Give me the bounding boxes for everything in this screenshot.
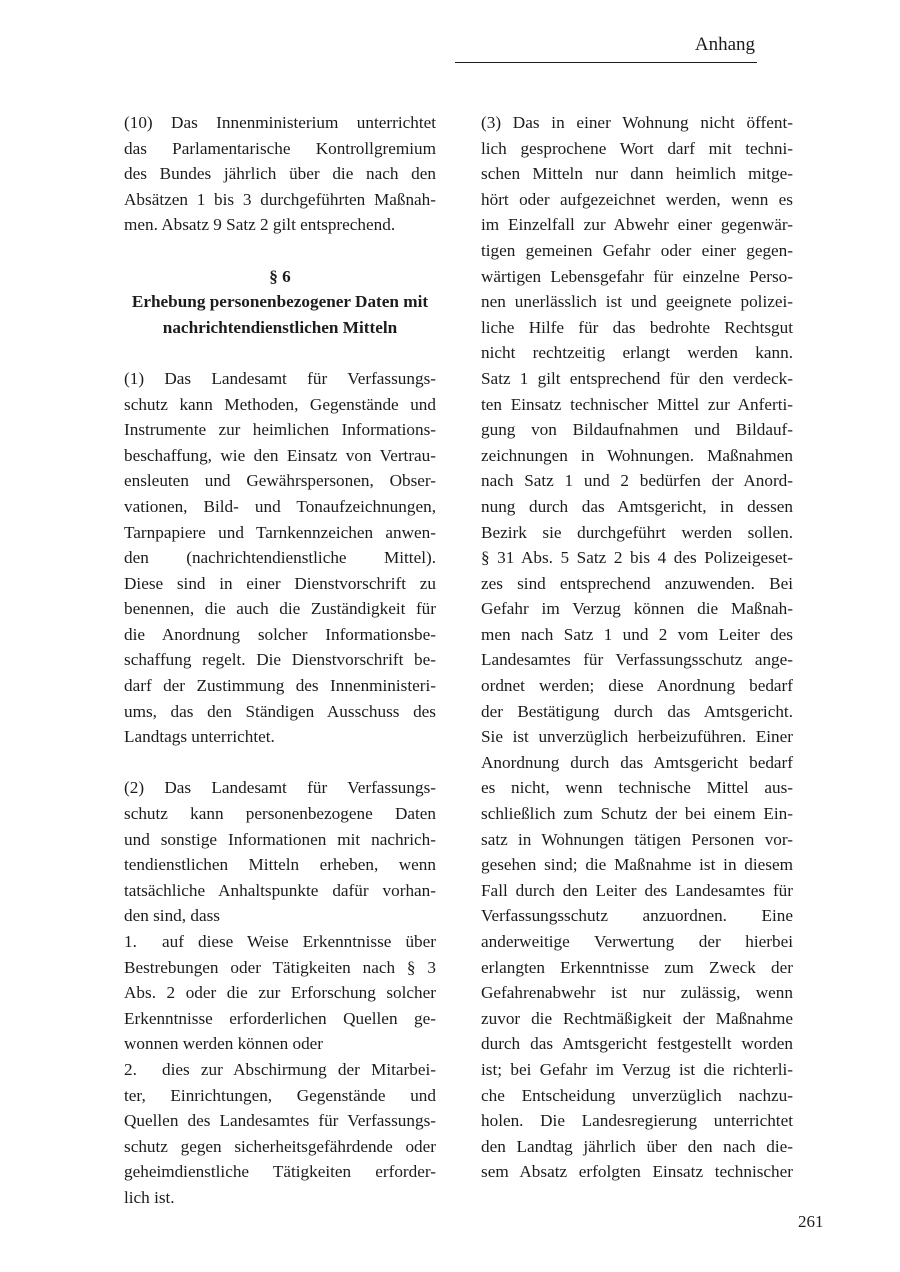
paragraph-2: (2) Das Landesamt für Verfassungs- schut… bbox=[124, 775, 436, 1210]
text-line: beschaffung, wie den Einsatz von Vertrau… bbox=[124, 443, 436, 469]
text-line: Landesamtes für Verfassungsschutz ange- bbox=[481, 647, 793, 673]
text-line: es nicht, wenn technische Mittel aus- bbox=[481, 775, 793, 801]
text-line: dies zur Abschirmung der Mitarbei- bbox=[162, 1060, 436, 1079]
text-line: des Bundes jährlich über die nach den bbox=[124, 161, 436, 187]
text-line: das Parlamentarische Kontrollgremium bbox=[124, 136, 436, 162]
section-title-line: Erhebung personenbezogener Daten mit bbox=[124, 289, 436, 315]
text-line: Gefahr im Verzug können die Maßnah- bbox=[481, 596, 793, 622]
text-line: zeichnungen in Wohnungen. Maßnahmen bbox=[481, 443, 793, 469]
text-line: sem Absatz erfolgten Einsatz technischer bbox=[481, 1159, 793, 1185]
text-line: Diese sind in einer Dienstvorschrift zu bbox=[124, 571, 436, 597]
text-line: nen unerlässlich ist und geeignete poliz… bbox=[481, 289, 793, 315]
text-line: Quellen des Landesamtes für Verfassungs- bbox=[124, 1108, 436, 1134]
text-line: schließlich zum Schutz der bei einem Ein… bbox=[481, 801, 793, 827]
text-line: den Landtag jährlich über den nach die- bbox=[481, 1134, 793, 1160]
text-line: hört oder aufgezeichnet werden, wenn es bbox=[481, 187, 793, 213]
text-line: Abs. 2 oder die zur Erforschung solcher bbox=[124, 980, 436, 1006]
text-line: (3) Das in einer Wohnung nicht öffent- bbox=[481, 110, 793, 136]
running-header: Anhang bbox=[455, 32, 757, 63]
text-line: Landtags unterrichtet. bbox=[124, 724, 436, 750]
page-number: 261 bbox=[798, 1212, 824, 1232]
text-line: und sonstige Informationen mit nachrich- bbox=[124, 827, 436, 853]
text-line: lich gesprochene Wort darf mit techni- bbox=[481, 136, 793, 162]
section-title-line: nachrichtendienstlichen Mitteln bbox=[124, 315, 436, 341]
text-line: (10) Das Innenministerium unterrichtet bbox=[124, 110, 436, 136]
text-line: ist; bei Gefahr im Verzug ist die richte… bbox=[481, 1057, 793, 1083]
text-line: Satz 1 gilt entsprechend für den verdeck… bbox=[481, 366, 793, 392]
text-line: men nach Satz 1 und 2 vom Leiter des bbox=[481, 622, 793, 648]
text-line: tendienstlichen Mitteln erheben, wenn bbox=[124, 852, 436, 878]
text-line: che Entscheidung unverzüglich nachzu- bbox=[481, 1083, 793, 1109]
text-line: Fall durch den Leiter des Landesamtes fü… bbox=[481, 878, 793, 904]
text-line: Verfassungsschutz anzuordnen. Eine bbox=[481, 903, 793, 929]
text-line: Anordnung durch das Amtsgericht bedarf bbox=[481, 750, 793, 776]
text-line: den (nachrichtendienstliche Mittel). bbox=[124, 545, 436, 571]
list-number: 1. bbox=[124, 929, 162, 955]
paragraph-10: (10) Das Innenministerium unterrichtet d… bbox=[124, 110, 436, 238]
text-line: ordnet werden; diese Anordnung bedarf bbox=[481, 673, 793, 699]
text-line: tigen gemeinen Gefahr oder einer gegen- bbox=[481, 238, 793, 264]
text-line: auf diese Weise Erkenntnisse über bbox=[162, 932, 436, 951]
text-line: wonnen werden können oder bbox=[124, 1031, 436, 1057]
text-line: Instrumente zur heimlichen Informations- bbox=[124, 417, 436, 443]
text-line: schen Mitteln nur dann heimlich mitge- bbox=[481, 161, 793, 187]
paragraph-3: (3) Das in einer Wohnung nicht öffent-li… bbox=[481, 110, 793, 1185]
text-line: nung durch das Amtsgericht, in dessen bbox=[481, 494, 793, 520]
text-line: die Anordnung solcher Informationsbe- bbox=[124, 622, 436, 648]
text-line: (2) Das Landesamt für Verfassungs- bbox=[124, 775, 436, 801]
text-line: darf der Zustimmung des Innenministeri- bbox=[124, 673, 436, 699]
section-number: § 6 bbox=[124, 264, 436, 290]
text-line: nicht rechtzeitig erlangt werden kann. bbox=[481, 340, 793, 366]
text-line: satz in Wohnungen tätigen Personen vor- bbox=[481, 827, 793, 853]
text-line: schutz kann Methoden, Gegenstände und bbox=[124, 392, 436, 418]
text-line: Gefahrenabwehr ist nur zulässig, wenn bbox=[481, 980, 793, 1006]
text-line: Bezirk sie durchgeführt werden sollen. bbox=[481, 520, 793, 546]
text-line: schaffung regelt. Die Dienstvorschrift b… bbox=[124, 647, 436, 673]
text-line: gung von Bildaufnahmen und Bildauf- bbox=[481, 417, 793, 443]
list-number: 2. bbox=[124, 1057, 162, 1083]
text-line: ter, Einrichtungen, Gegenstände und bbox=[124, 1083, 436, 1109]
list-item-1-first-line: 1.auf diese Weise Erkenntnisse über bbox=[124, 929, 436, 955]
text-line: schutz gegen sicherheitsgefährdende oder bbox=[124, 1134, 436, 1160]
text-line: lich ist. bbox=[124, 1185, 436, 1211]
text-line: benennen, die auch die Zuständigkeit für bbox=[124, 596, 436, 622]
text-line: Absätzen 1 bis 3 durchgeführten Maßnah- bbox=[124, 187, 436, 213]
text-line: tatsächliche Anhaltspunkte dafür vorhan- bbox=[124, 878, 436, 904]
text-line: wärtigen Lebensgefahr für einzelne Perso… bbox=[481, 264, 793, 290]
text-line: der Bestätigung durch das Amtsgericht. bbox=[481, 699, 793, 725]
text-line: schutz kann personenbezogene Daten bbox=[124, 801, 436, 827]
text-line: vationen, Bild- und Tonaufzeichnungen, bbox=[124, 494, 436, 520]
text-line: zes sind entsprechend anzuwenden. Bei bbox=[481, 571, 793, 597]
text-line: geheimdienstliche Tätigkeiten erforder- bbox=[124, 1159, 436, 1185]
text-line: Tarnpapiere und Tarnkennzeichen anwen- bbox=[124, 520, 436, 546]
text-line: den sind, dass bbox=[124, 903, 436, 929]
list-item-2-first-line: 2.dies zur Abschirmung der Mitarbei- bbox=[124, 1057, 436, 1083]
text-line: im Einzelfall zur Abwehr einer gegenwär- bbox=[481, 212, 793, 238]
text-line: ten Einsatz technischer Mittel zur Anfer… bbox=[481, 392, 793, 418]
text-line: erlangten Erkenntnisse zum Zweck der bbox=[481, 955, 793, 981]
text-line: § 31 Abs. 5 Satz 2 bis 4 des Polizeigese… bbox=[481, 545, 793, 571]
text-line: (1) Das Landesamt für Verfassungs- bbox=[124, 366, 436, 392]
text-line: nach Satz 1 und 2 bedürfen der Anord- bbox=[481, 468, 793, 494]
text-line: ensleuten und Gewährspersonen, Obser- bbox=[124, 468, 436, 494]
section-heading: § 6 Erhebung personenbezogener Daten mit… bbox=[124, 264, 436, 341]
text-line: Bestrebungen oder Tätigkeiten nach § 3 bbox=[124, 955, 436, 981]
text-line: Sie ist unverzüglich herbeizuführen. Ein… bbox=[481, 724, 793, 750]
text-line: holen. Die Landesregierung unterrichtet bbox=[481, 1108, 793, 1134]
text-line: durch das Amtsgericht festgestellt worde… bbox=[481, 1031, 793, 1057]
left-column: (10) Das Innenministerium unterrichtet d… bbox=[124, 110, 436, 1211]
text-line: anderweitige Verwertung der hierbei bbox=[481, 929, 793, 955]
text-line: ums, das den Ständigen Ausschuss des bbox=[124, 699, 436, 725]
text-line: zuvor die Rechtmäßigkeit der Maßnahme bbox=[481, 1006, 793, 1032]
text-line: gesehen sind; die Maßnahme ist in diesem bbox=[481, 852, 793, 878]
right-column: (3) Das in einer Wohnung nicht öffent-li… bbox=[481, 110, 793, 1185]
text-line: men. Absatz 9 Satz 2 gilt entsprechend. bbox=[124, 212, 436, 238]
header-title: Anhang bbox=[695, 34, 755, 56]
text-line: Erkenntnisse erforderlichen Quellen ge- bbox=[124, 1006, 436, 1032]
paragraph-1: (1) Das Landesamt für Verfassungs- schut… bbox=[124, 366, 436, 750]
text-line: liche Hilfe für das bedrohte Rechtsgut bbox=[481, 315, 793, 341]
